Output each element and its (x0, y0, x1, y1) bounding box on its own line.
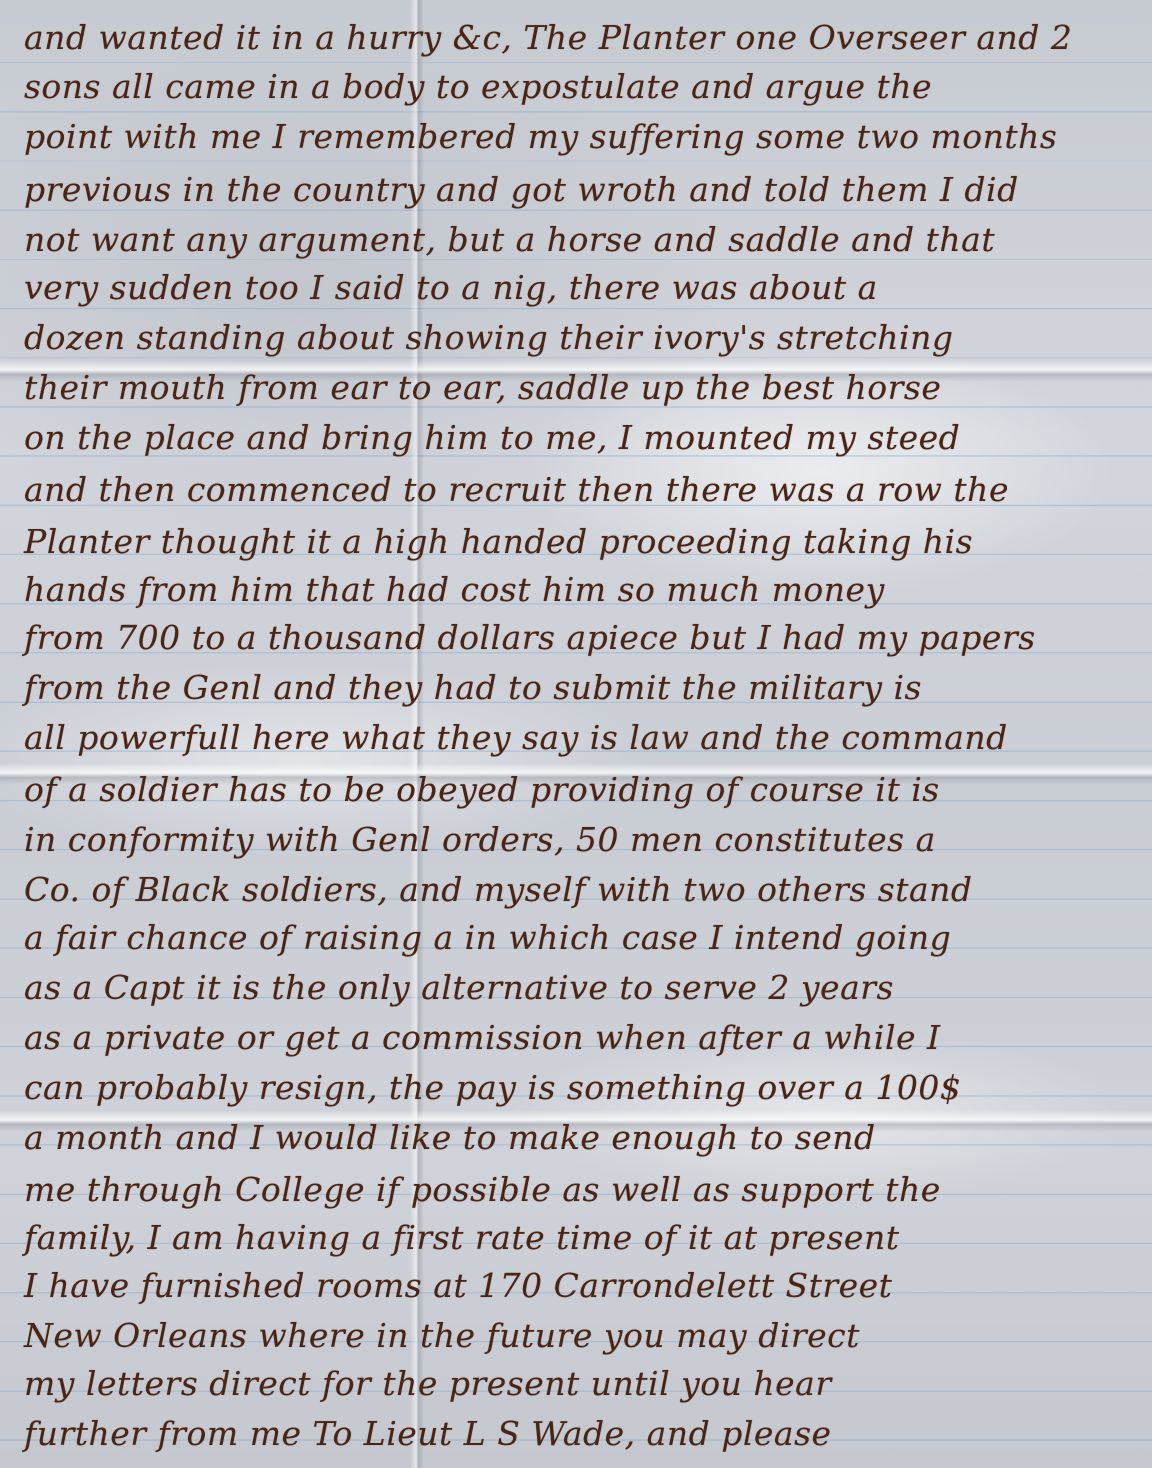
letter-page: and wanted it in a hurry &c, The Planter… (0, 0, 1152, 1468)
text-line: all powerfull here what they say is law … (24, 718, 1132, 757)
text-line: not want any argument, but a horse and s… (24, 220, 1132, 259)
handwritten-text: and wanted it in a hurry &c, The Planter… (0, 0, 1152, 1468)
text-line: in conformity with Genl orders, 50 men c… (24, 820, 1132, 859)
text-line: New Orleans where in the future you may … (24, 1316, 1132, 1355)
text-line: as a private or get a commission when af… (24, 1018, 1132, 1057)
text-line: hands from him that had cost him so much… (24, 570, 1132, 609)
text-line: very sudden too I said to a nig, there w… (24, 268, 1132, 307)
text-line: can probably resign, the pay is somethin… (24, 1068, 1132, 1107)
text-line: Co. of Black soldiers, and myself with t… (24, 870, 1132, 909)
text-line: on the place and bring him to me, I moun… (24, 418, 1132, 457)
text-line: me through College if possible as well a… (24, 1170, 1132, 1209)
text-line: as a Capt it is the only alternative to … (24, 968, 1132, 1007)
text-line: and then commenced to recruit then there… (24, 470, 1132, 509)
text-line: my letters direct for the present until … (24, 1364, 1132, 1403)
text-line: I have furnished rooms at 170 Carrondele… (24, 1266, 1132, 1305)
text-line: Planter thought it a high handed proceed… (24, 522, 1132, 561)
text-line: and wanted it in a hurry &c, The Planter… (24, 18, 1132, 57)
text-line: point with me I remembered my suffering … (24, 117, 1132, 156)
text-line: a fair chance of raising a in which case… (24, 918, 1132, 957)
text-line: their mouth from ear to ear, saddle up t… (24, 368, 1132, 407)
text-line: from the Genl and they had to submit the… (24, 668, 1132, 707)
text-line: previous in the country and got wroth an… (24, 170, 1132, 209)
text-line: of a soldier has to be obeyed providing … (24, 770, 1132, 809)
text-line: family, I am having a first rate time of… (24, 1218, 1132, 1257)
text-line: from 700 to a thousand dollars apiece bu… (24, 618, 1132, 657)
text-line: a month and I would like to make enough … (24, 1118, 1132, 1157)
text-line: sons all came in a body to expostulate a… (24, 67, 1132, 106)
text-line: further from me To Lieut L S Wade, and p… (24, 1414, 1132, 1453)
text-line: dozen standing about showing their ivory… (24, 318, 1132, 357)
